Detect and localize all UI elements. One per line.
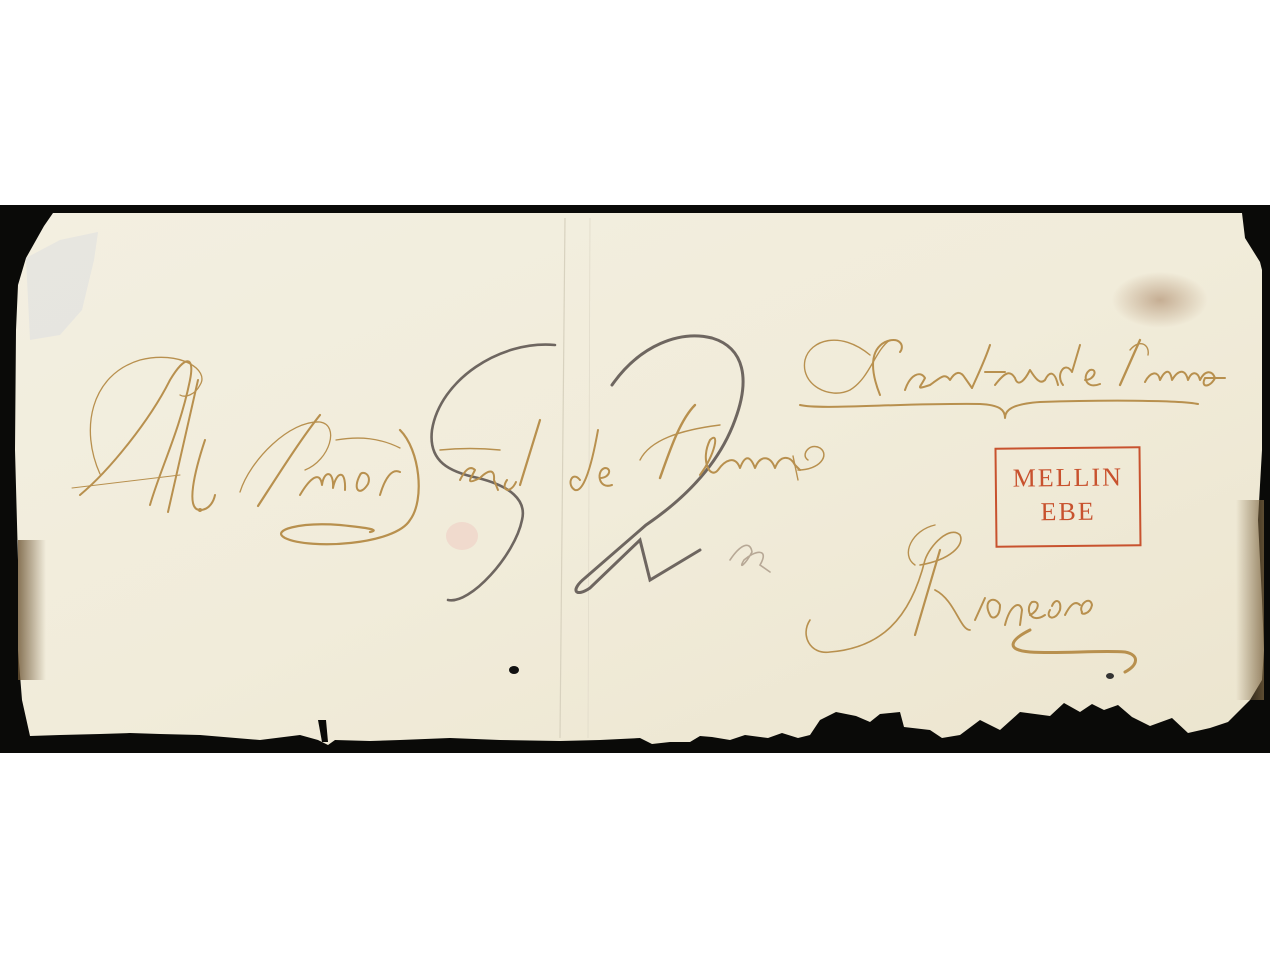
wormhole <box>509 666 519 674</box>
wormhole <box>1106 673 1114 679</box>
left-edge-stain <box>18 540 46 680</box>
postmark-line-1: MELLIN <box>997 460 1139 495</box>
postmark-mellin: MELLIN EBE <box>994 446 1141 548</box>
right-edge-stain <box>1236 500 1264 700</box>
foxing-stain <box>1112 272 1208 328</box>
pink-spot <box>446 522 478 550</box>
postmark-line-2: EBE <box>997 494 1139 529</box>
